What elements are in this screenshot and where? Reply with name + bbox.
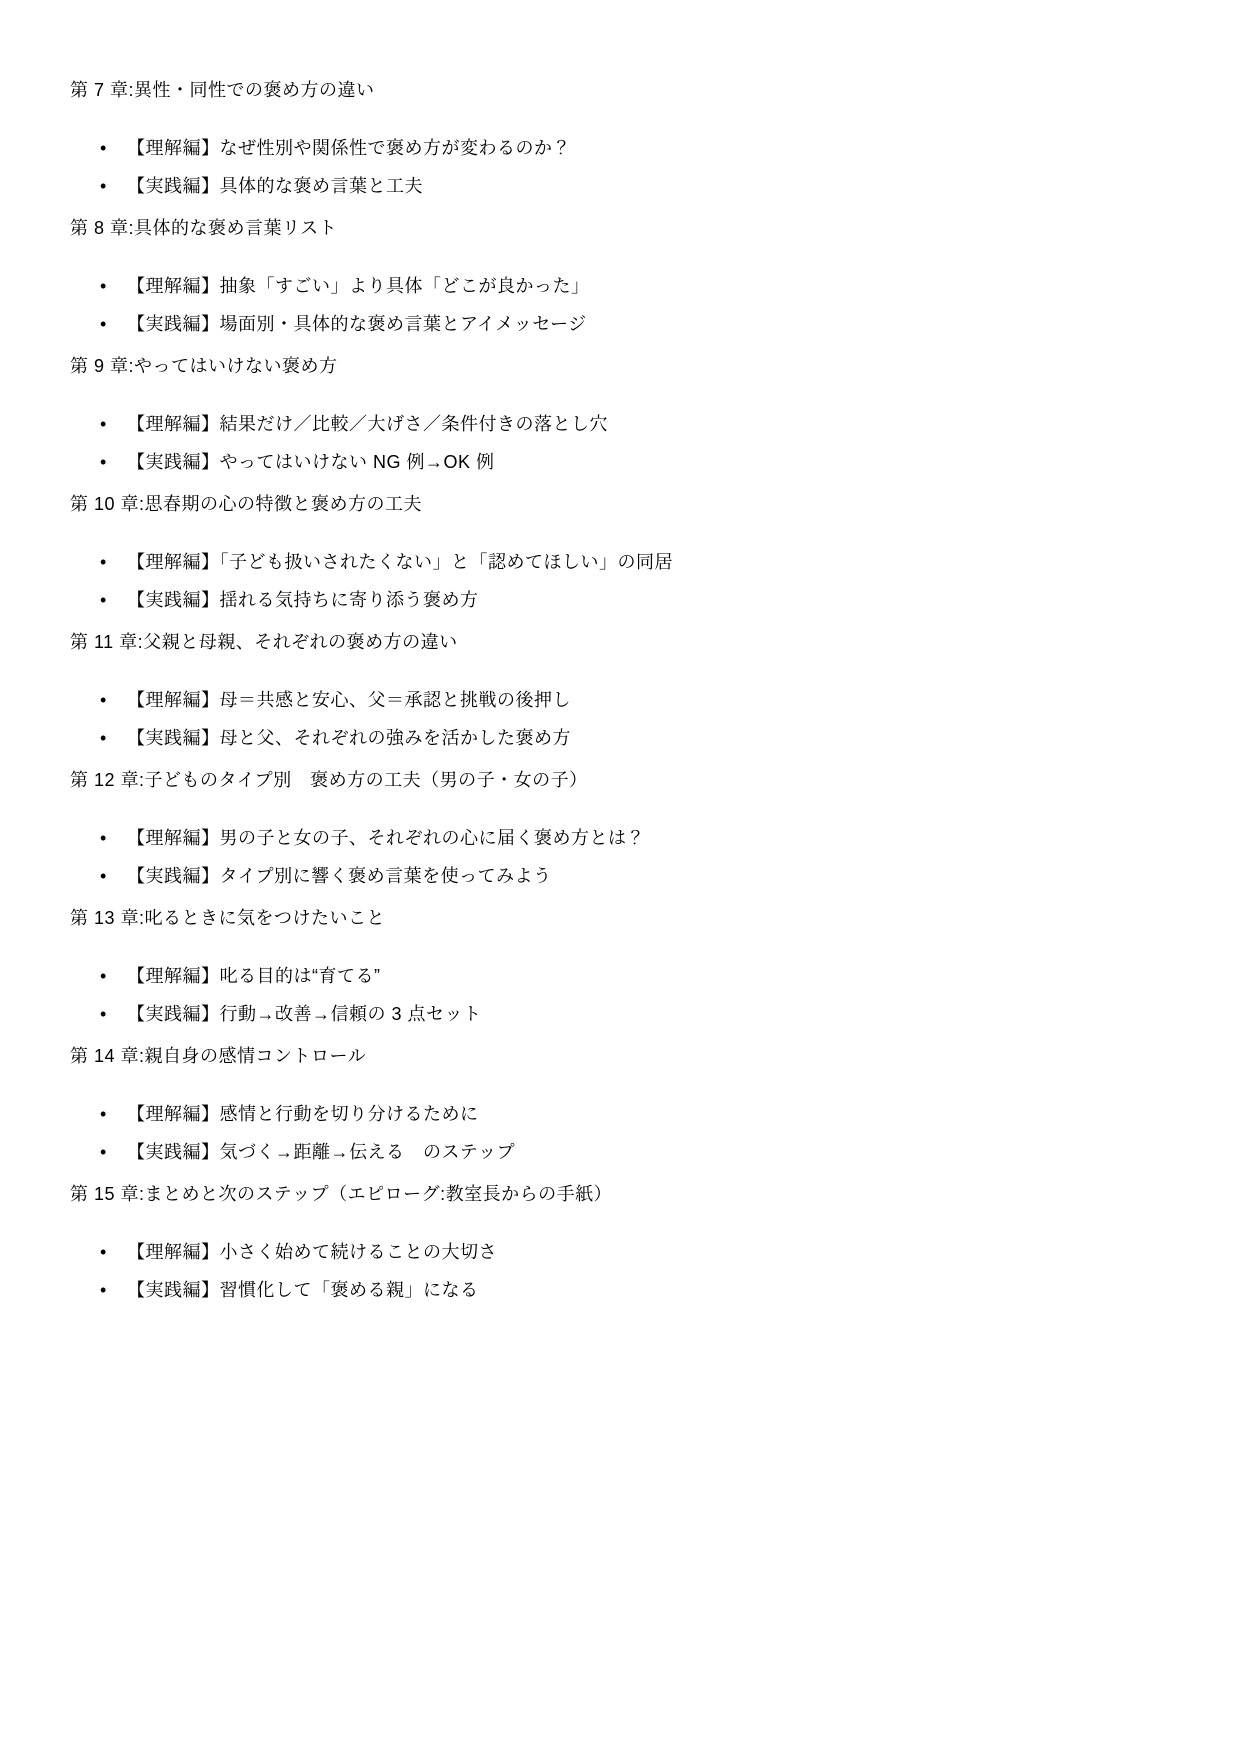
chapter-section-9: 第 9 章:やってはいけない褒め方 • 【理解編】結果だけ／比較／大げさ／条件付… <box>70 354 1160 474</box>
list-item: • 【理解編】結果だけ／比較／大げさ／条件付きの落とし穴 <box>70 412 1160 436</box>
bullet-text: 【理解編】叱る目的は“育てる” <box>127 964 381 988</box>
list-item: • 【実践編】やってはいけない NG 例→OK 例 <box>70 450 1160 474</box>
chapter-heading: 第 15 章:まとめと次のステップ（エピローグ:教室長からの手紙） <box>70 1182 1160 1206</box>
bullet-text: 【実践編】母と父、それぞれの強みを活かした褒め方 <box>127 726 571 750</box>
bullet-text: 【理解編】抽象「すごい」より具体「どこが良かった」 <box>127 274 590 298</box>
chapter-heading: 第 10 章:思春期の心の特徴と褒め方の工夫 <box>70 492 1160 516</box>
bullet-icon: • <box>100 450 127 474</box>
chapter-heading: 第 12 章:子どものタイプ別 褒め方の工夫（男の子・女の子） <box>70 768 1160 792</box>
chapter-bullet-list: • 【理解編】小さく始めて続けることの大切さ • 【実践編】習慣化して「褒める親… <box>70 1240 1160 1302</box>
bullet-text: 【実践編】行動→改善→信頼の 3 点セット <box>127 1002 482 1026</box>
chapter-heading: 第 13 章:叱るときに気をつけたいこと <box>70 906 1160 930</box>
chapter-section-15: 第 15 章:まとめと次のステップ（エピローグ:教室長からの手紙） • 【理解編… <box>70 1182 1160 1302</box>
bullet-icon: • <box>100 412 127 436</box>
chapter-bullet-list: • 【理解編】男の子と女の子、それぞれの心に届く褒め方とは？ • 【実践編】タイ… <box>70 826 1160 888</box>
list-item: • 【実践編】行動→改善→信頼の 3 点セット <box>70 1002 1160 1026</box>
chapter-section-8: 第 8 章:具体的な褒め言葉リスト • 【理解編】抽象「すごい」より具体「どこが… <box>70 216 1160 336</box>
bullet-text: 【実践編】タイプ別に響く褒め言葉を使ってみよう <box>127 864 552 888</box>
chapter-bullet-list: • 【理解編】抽象「すごい」より具体「どこが良かった」 • 【実践編】場面別・具… <box>70 274 1160 336</box>
list-item: • 【理解編】抽象「すごい」より具体「どこが良かった」 <box>70 274 1160 298</box>
bullet-text: 【実践編】揺れる気持ちに寄り添う褒め方 <box>127 588 479 612</box>
bullet-icon: • <box>100 1102 127 1126</box>
list-item: • 【実践編】揺れる気持ちに寄り添う褒め方 <box>70 588 1160 612</box>
bullet-icon: • <box>100 274 127 298</box>
bullet-icon: • <box>100 174 127 198</box>
chapter-bullet-list: • 【理解編】母＝共感と安心、父＝承認と挑戦の後押し • 【実践編】母と父、それ… <box>70 688 1160 750</box>
chapter-heading: 第 7 章:異性・同性での褒め方の違い <box>70 78 1160 102</box>
bullet-text: 【実践編】具体的な褒め言葉と工夫 <box>127 174 423 198</box>
document-page: 第 7 章:異性・同性での褒め方の違い • 【理解編】なぜ性別や関係性で褒め方が… <box>0 0 1240 1755</box>
chapter-bullet-list: • 【理解編】「子ども扱いされたくない」と「認めてほしい」の同居 • 【実践編】… <box>70 550 1160 612</box>
list-item: • 【理解編】「子ども扱いされたくない」と「認めてほしい」の同居 <box>70 550 1160 574</box>
chapter-section-14: 第 14 章:親自身の感情コントロール • 【理解編】感情と行動を切り分けるため… <box>70 1044 1160 1164</box>
bullet-text: 【理解編】母＝共感と安心、父＝承認と挑戦の後押し <box>127 688 571 712</box>
bullet-text: 【実践編】気づく→距離→伝える のステップ <box>127 1140 515 1164</box>
list-item: • 【実践編】習慣化して「褒める親」になる <box>70 1278 1160 1302</box>
list-item: • 【理解編】男の子と女の子、それぞれの心に届く褒め方とは？ <box>70 826 1160 850</box>
bullet-icon: • <box>100 1140 127 1164</box>
chapter-bullet-list: • 【理解編】感情と行動を切り分けるために • 【実践編】気づく→距離→伝える … <box>70 1102 1160 1164</box>
bullet-icon: • <box>100 964 127 988</box>
bullet-text: 【理解編】男の子と女の子、それぞれの心に届く褒め方とは？ <box>127 826 645 850</box>
chapter-section-7: 第 7 章:異性・同性での褒め方の違い • 【理解編】なぜ性別や関係性で褒め方が… <box>70 78 1160 198</box>
list-item: • 【理解編】感情と行動を切り分けるために <box>70 1102 1160 1126</box>
chapter-section-10: 第 10 章:思春期の心の特徴と褒め方の工夫 • 【理解編】「子ども扱いされたく… <box>70 492 1160 612</box>
bullet-icon: • <box>100 312 127 336</box>
list-item: • 【理解編】叱る目的は“育てる” <box>70 964 1160 988</box>
list-item: • 【実践編】気づく→距離→伝える のステップ <box>70 1140 1160 1164</box>
chapter-heading: 第 11 章:父親と母親、それぞれの褒め方の違い <box>70 630 1160 654</box>
bullet-icon: • <box>100 726 127 750</box>
bullet-text: 【実践編】場面別・具体的な褒め言葉とアイメッセージ <box>127 312 587 336</box>
chapter-heading: 第 14 章:親自身の感情コントロール <box>70 1044 1160 1068</box>
chapter-section-13: 第 13 章:叱るときに気をつけたいこと • 【理解編】叱る目的は“育てる” •… <box>70 906 1160 1026</box>
chapter-section-11: 第 11 章:父親と母親、それぞれの褒め方の違い • 【理解編】母＝共感と安心、… <box>70 630 1160 750</box>
list-item: • 【実践編】具体的な褒め言葉と工夫 <box>70 174 1160 198</box>
chapter-section-12: 第 12 章:子どものタイプ別 褒め方の工夫（男の子・女の子） • 【理解編】男… <box>70 768 1160 888</box>
list-item: • 【実践編】タイプ別に響く褒め言葉を使ってみよう <box>70 864 1160 888</box>
list-item: • 【理解編】なぜ性別や関係性で褒め方が変わるのか？ <box>70 136 1160 160</box>
bullet-icon: • <box>100 1278 127 1302</box>
bullet-text: 【理解編】なぜ性別や関係性で褒め方が変わるのか？ <box>127 136 571 160</box>
chapter-bullet-list: • 【理解編】なぜ性別や関係性で褒め方が変わるのか？ • 【実践編】具体的な褒め… <box>70 136 1160 198</box>
bullet-icon: • <box>100 1240 127 1264</box>
bullet-text: 【実践編】習慣化して「褒める親」になる <box>127 1278 479 1302</box>
bullet-icon: • <box>100 588 127 612</box>
chapter-heading: 第 8 章:具体的な褒め言葉リスト <box>70 216 1160 240</box>
bullet-icon: • <box>100 864 127 888</box>
bullet-icon: • <box>100 136 127 160</box>
list-item: • 【理解編】小さく始めて続けることの大切さ <box>70 1240 1160 1264</box>
list-item: • 【理解編】母＝共感と安心、父＝承認と挑戦の後押し <box>70 688 1160 712</box>
chapter-heading: 第 9 章:やってはいけない褒め方 <box>70 354 1160 378</box>
bullet-icon: • <box>100 1002 127 1026</box>
bullet-text: 【実践編】やってはいけない NG 例→OK 例 <box>127 450 495 474</box>
bullet-icon: • <box>100 826 127 850</box>
bullet-text: 【理解編】結果だけ／比較／大げさ／条件付きの落とし穴 <box>127 412 608 436</box>
list-item: • 【実践編】場面別・具体的な褒め言葉とアイメッセージ <box>70 312 1160 336</box>
bullet-icon: • <box>100 550 127 574</box>
bullet-text: 【理解編】感情と行動を切り分けるために <box>127 1102 479 1126</box>
chapter-bullet-list: • 【理解編】叱る目的は“育てる” • 【実践編】行動→改善→信頼の 3 点セッ… <box>70 964 1160 1026</box>
bullet-icon: • <box>100 688 127 712</box>
bullet-text: 【理解編】小さく始めて続けることの大切さ <box>127 1240 497 1264</box>
list-item: • 【実践編】母と父、それぞれの強みを活かした褒め方 <box>70 726 1160 750</box>
bullet-text: 【理解編】「子ども扱いされたくない」と「認めてほしい」の同居 <box>127 550 673 574</box>
chapter-bullet-list: • 【理解編】結果だけ／比較／大げさ／条件付きの落とし穴 • 【実践編】やっては… <box>70 412 1160 474</box>
